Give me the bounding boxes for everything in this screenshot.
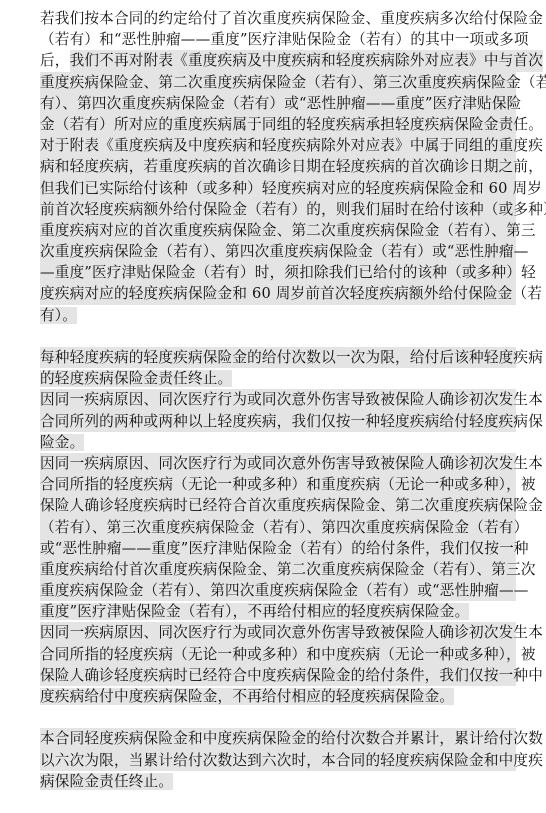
highlighted-line: 本合同轻度疾病保险金和中度疾病保险金的给付次数合并累计，累计给付次数 (40, 728, 516, 749)
paragraph-gap (40, 326, 516, 347)
highlighted-line: 保险人确诊轻度疾病时已经符合中度疾病保险金的给付条件，我们仅按一种中 (40, 665, 516, 686)
text-line: 若我们按本合同的约定给付了首次重度疾病保险金、重度疾病多次给付保险金 (40, 8, 516, 29)
highlighted-line: —重度”医疗津贴保险金（若有）时，须扣除我们已给付的该种（或多种）轻 (40, 262, 516, 283)
text-line: （若有）和“恶性肿瘤——重度”医疗津贴保险金（若有）的其中一项或多项 (40, 29, 516, 50)
text-line: 有）。 (40, 305, 516, 326)
highlighted-line: 对于附表《重度疾病及中度疾病和轻度疾病除外对应表》中属于同组的重度疾 (40, 135, 516, 156)
paragraph-4: 因同一疾病原因、同次医疗行为或同次意外伤害导致被保险人确诊初次发生本 合同所指的… (40, 453, 516, 623)
highlighted-line: 合同所列的两种或两种以上轻度疾病，我们仅按一种轻度疾病给付轻度疾病保 (40, 411, 516, 432)
highlighted-line: 但我们已实际给付该种（或多种）轻度疾病对应的轻度疾病保险金和 60 周岁 (40, 178, 516, 199)
highlighted-line: 重度疾病保险金、第二次重度疾病保险金（若有）、第三次重度疾病保险金（若 (40, 72, 516, 93)
highlighted-line: 金（若有）所对应的重度疾病属于同组的轻度疾病承担轻度疾病保险金责任。 (40, 114, 516, 135)
highlighted-text: 有）。 (40, 307, 77, 324)
text-line: 的轻度疾病保险金责任终止。 (40, 368, 516, 389)
highlighted-text: 险金。 (40, 434, 84, 451)
highlighted-line: 合同所指的轻度疾病（无论一种或多种）和中度疾病（无论一种或多种），被 (40, 644, 516, 665)
highlighted-line: 以六次为限，当累计给付次数达到六次时，本合同的轻度疾病保险金和中度疾 (40, 750, 516, 771)
text-line: 后， 我们不再对附表《重度疾病及中度疾病和轻度疾病除外对应表》中与首次 (40, 50, 516, 71)
highlighted-line: 每种轻度疾病的轻度疾病保险金的给付次数以一次为限，给付后该种轻度疾病 (40, 347, 516, 368)
highlighted-line: 合同所指的轻度疾病（无论一种或多种）和重度疾病（无论一种或多种），被 (40, 474, 516, 495)
highlighted-line: 重度疾病保险金（若有）、第四次重度疾病保险金（若有）或“恶性肿瘤—— (40, 580, 516, 601)
highlighted-line: 前首次轻度疾病额外给付保险金（若有）的，则我们届时在给付该种（或多种） (40, 199, 516, 220)
highlighted-line: 因同一疾病原因、同次医疗行为或同次意外伤害导致被保险人确诊初次发生本 (40, 389, 516, 410)
highlighted-text: 的轻度疾病保险金责任终止。 (40, 370, 232, 387)
highlighted-line: 有）、第四次重度疾病保险金（若有）或“恶性肿瘤——重度”医疗津贴保险 (40, 93, 516, 114)
paragraph-6: 本合同轻度疾病保险金和中度疾病保险金的给付次数合并累计，累计给付次数 以六次为限… (40, 728, 516, 792)
highlighted-line: 保险人确诊轻度疾病时已经符合首次重度疾病保险金、第二次重度疾病保险金 (40, 495, 516, 516)
text-line: 病保险金责任终止。 (40, 771, 516, 792)
highlighted-line: 或“恶性肿瘤——重度”医疗津贴保险金（若有）的给付条件，我们仅按一种 (40, 538, 516, 559)
highlighted-text: 度疾病给付中度疾病保险金，不再给付相应的轻度疾病保险金。 (40, 688, 454, 705)
document-page: 若我们按本合同的约定给付了首次重度疾病保险金、重度疾病多次给付保险金 （若有）和… (40, 8, 516, 792)
text-fragment: 后， (40, 50, 70, 71)
highlighted-line: 重度疾病给付首次重度疾病保险金、第二次重度疾病保险金（若有）、第三次 (40, 559, 516, 580)
highlighted-line: 因同一疾病原因、同次医疗行为或同次意外伤害导致被保险人确诊初次发生本 (40, 453, 516, 474)
paragraph-3: 因同一疾病原因、同次医疗行为或同次意外伤害导致被保险人确诊初次发生本 合同所列的… (40, 389, 516, 453)
paragraph-2: 每种轻度疾病的轻度疾病保险金的给付次数以一次为限，给付后该种轻度疾病 的轻度疾病… (40, 347, 516, 389)
text-line: 重度”医疗津贴保险金（若有），不再给付相应的轻度疾病保险金。 (40, 601, 516, 622)
paragraph-gap (40, 707, 516, 728)
highlighted-line: 度疾病对应的轻度疾病保险金和 60 周岁前首次轻度疾病额外给付保险金（若 (40, 283, 516, 304)
highlighted-text: 我们不再对附表《重度疾病及中度疾病和轻度疾病除外对应表》中与首次 (70, 50, 543, 71)
paragraph-5: 因同一疾病原因、同次医疗行为或同次意外伤害导致被保险人确诊初次发生本 合同所指的… (40, 622, 516, 707)
highlighted-line: 重度疾病对应的首次重度疾病保险金、第二次重度疾病保险金（若有）、第三 (40, 220, 516, 241)
highlighted-line: （若有）、第三次重度疾病保险金（若有）、第四次重度疾病保险金（若有） (40, 517, 516, 538)
text-line: 度疾病给付中度疾病保险金，不再给付相应的轻度疾病保险金。 (40, 686, 516, 707)
highlighted-text: 病保险金责任终止。 (40, 773, 173, 790)
highlighted-text: 重度”医疗津贴保险金（若有），不再给付相应的轻度疾病保险金。 (40, 603, 469, 620)
paragraph-1: 若我们按本合同的约定给付了首次重度疾病保险金、重度疾病多次给付保险金 （若有）和… (40, 8, 516, 326)
text-line: 险金。 (40, 432, 516, 453)
highlighted-line: 因同一疾病原因、同次医疗行为或同次意外伤害导致被保险人确诊初次发生本 (40, 622, 516, 643)
highlighted-line: 次重度疾病保险金（若有）、第四次重度疾病保险金（若有）或“恶性肿瘤— (40, 241, 516, 262)
highlighted-line: 病和轻度疾病，若重度疾病的首次确诊日期在轻度疾病的首次确诊日期之前， (40, 156, 516, 177)
